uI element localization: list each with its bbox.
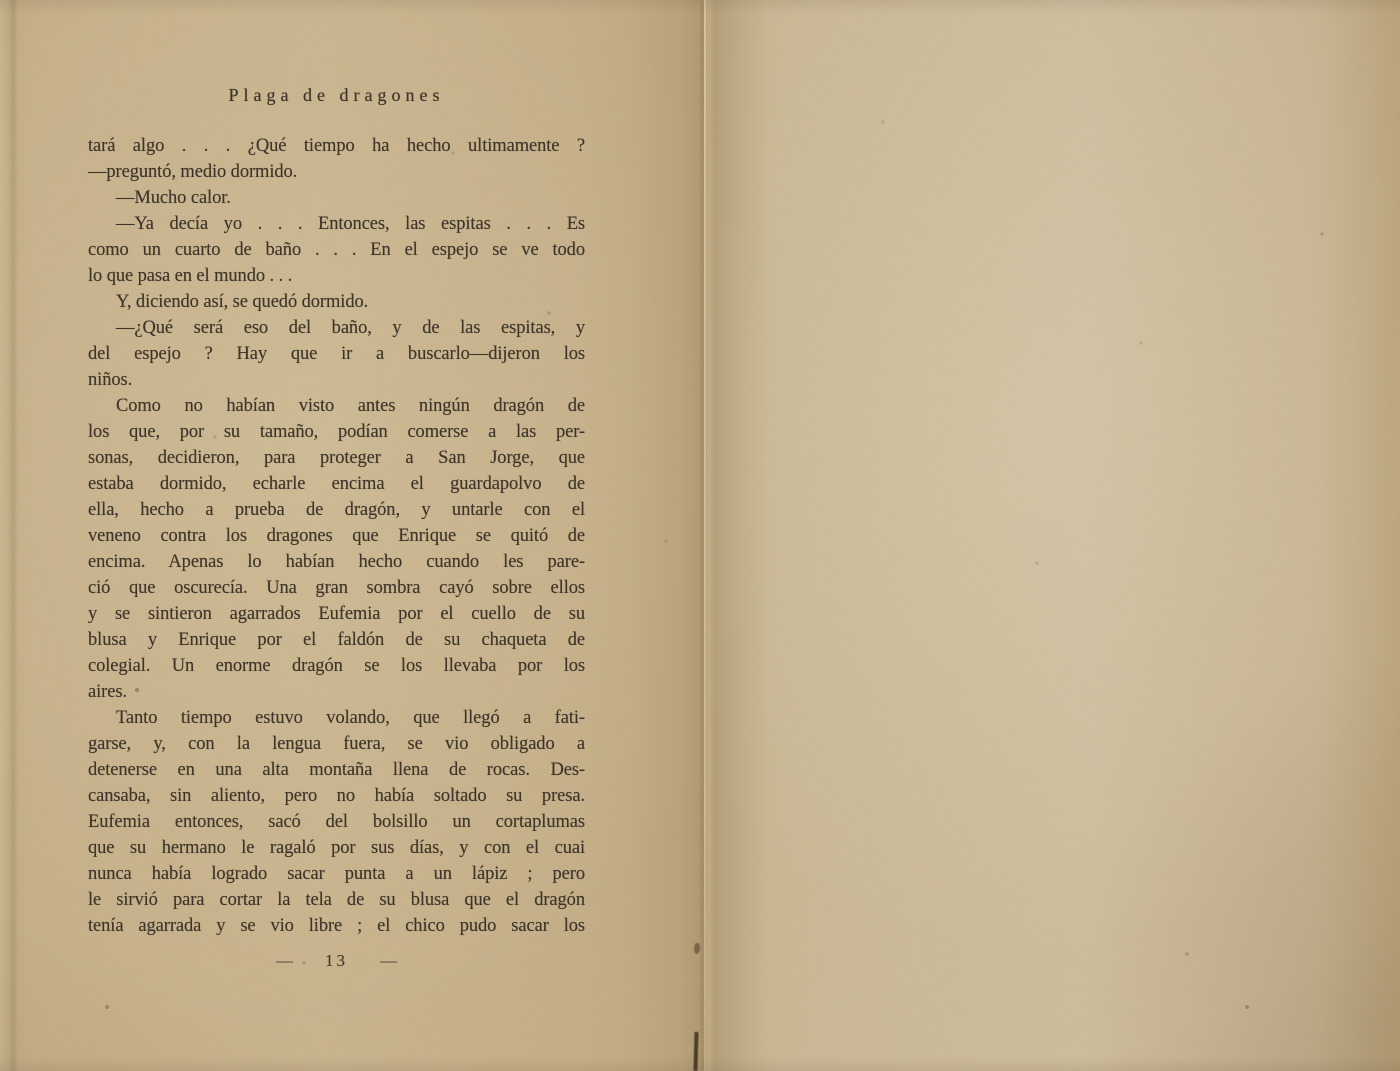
text-line: del espejo ? Hay que ir a buscarlo—dijer…	[88, 341, 585, 367]
left-page-number: 13	[325, 951, 348, 971]
footer-dash: —	[276, 951, 293, 971]
text-line: nunca había logrado sacar punta a un láp…	[88, 861, 585, 887]
text-line: le sirvió para cortar la tela de su blus…	[88, 887, 585, 913]
text-line: garse, y, con la lengua fuera, se vio ob…	[88, 731, 585, 757]
book-spread: Plaga de dragones tará algo . . . ¿Qué t…	[0, 0, 1400, 1071]
text-line: estaba dormido, echarle encima el guarda…	[88, 471, 585, 497]
text-line: como un cuarto de baño . . . En el espej…	[88, 237, 585, 263]
text-line: —preguntó, medio dormido.	[88, 159, 585, 185]
text-line: los que, por su tamaño, podían comerse a…	[88, 419, 585, 445]
text-line: Tanto tiempo estuvo volando, que llegó a…	[88, 705, 585, 731]
paper-speckles	[0, 0, 2, 2]
left-page-edge-fold	[0, 0, 18, 1071]
text-line: ella, hecho a prueba de dragón, y untarl…	[88, 497, 585, 523]
text-line: veneno contra los dragones que Enrique s…	[88, 523, 585, 549]
text-line: blusa y Enrique por el faldón de su chaq…	[88, 627, 585, 653]
text-line: tenía agarrada y se vio libre ; el chico…	[88, 913, 585, 939]
text-line: ció que oscurecía. Una gran sombra cayó …	[88, 575, 585, 601]
text-line: niños.	[88, 367, 585, 393]
text-line: que su hermano le ragaló por sus días, y…	[88, 835, 585, 861]
text-line: y se sintieron agarrados Eufemia por el …	[88, 601, 585, 627]
text-line: Y, diciendo así, se quedó dormido.	[88, 289, 585, 315]
text-line: —¿Qué será eso del baño, y de las espita…	[88, 315, 585, 341]
footer-dash: —	[380, 951, 397, 971]
gutter-crease	[704, 0, 706, 1071]
text-line: tará algo . . . ¿Qué tiempo ha hecho ult…	[88, 133, 585, 159]
text-line: detenerse en una alta montaña llena de r…	[88, 757, 585, 783]
left-page: Plaga de dragones tará algo . . . ¿Qué t…	[0, 0, 706, 1071]
text-line: cansaba, sin aliento, pero no había solt…	[88, 783, 585, 809]
text-line: Eufemia entonces, sacó del bolsillo un c…	[88, 809, 585, 835]
text-line: encima. Apenas lo habían hecho cuando le…	[88, 549, 585, 575]
left-page-footer: — 13 —	[88, 951, 585, 971]
text-line: colegial. Un enorme dragón se los llevab…	[88, 653, 585, 679]
text-line: Como no habían visto antes ningún dragón…	[88, 393, 585, 419]
text-line: aires.	[88, 679, 585, 705]
text-line: lo que pasa en el mundo . . .	[88, 263, 585, 289]
right-page: A plague of dragons What has the weather…	[706, 0, 1400, 1071]
left-running-header: Plaga de dragones	[88, 85, 585, 106]
text-line: —Ya decía yo . . . Entonces, las espitas…	[88, 211, 585, 237]
text-line: sonas, decidieron, para proteger a San J…	[88, 445, 585, 471]
text-line: —Mucho calor.	[88, 185, 585, 211]
left-page-text: tará algo . . . ¿Qué tiempo ha hecho ult…	[88, 133, 585, 939]
